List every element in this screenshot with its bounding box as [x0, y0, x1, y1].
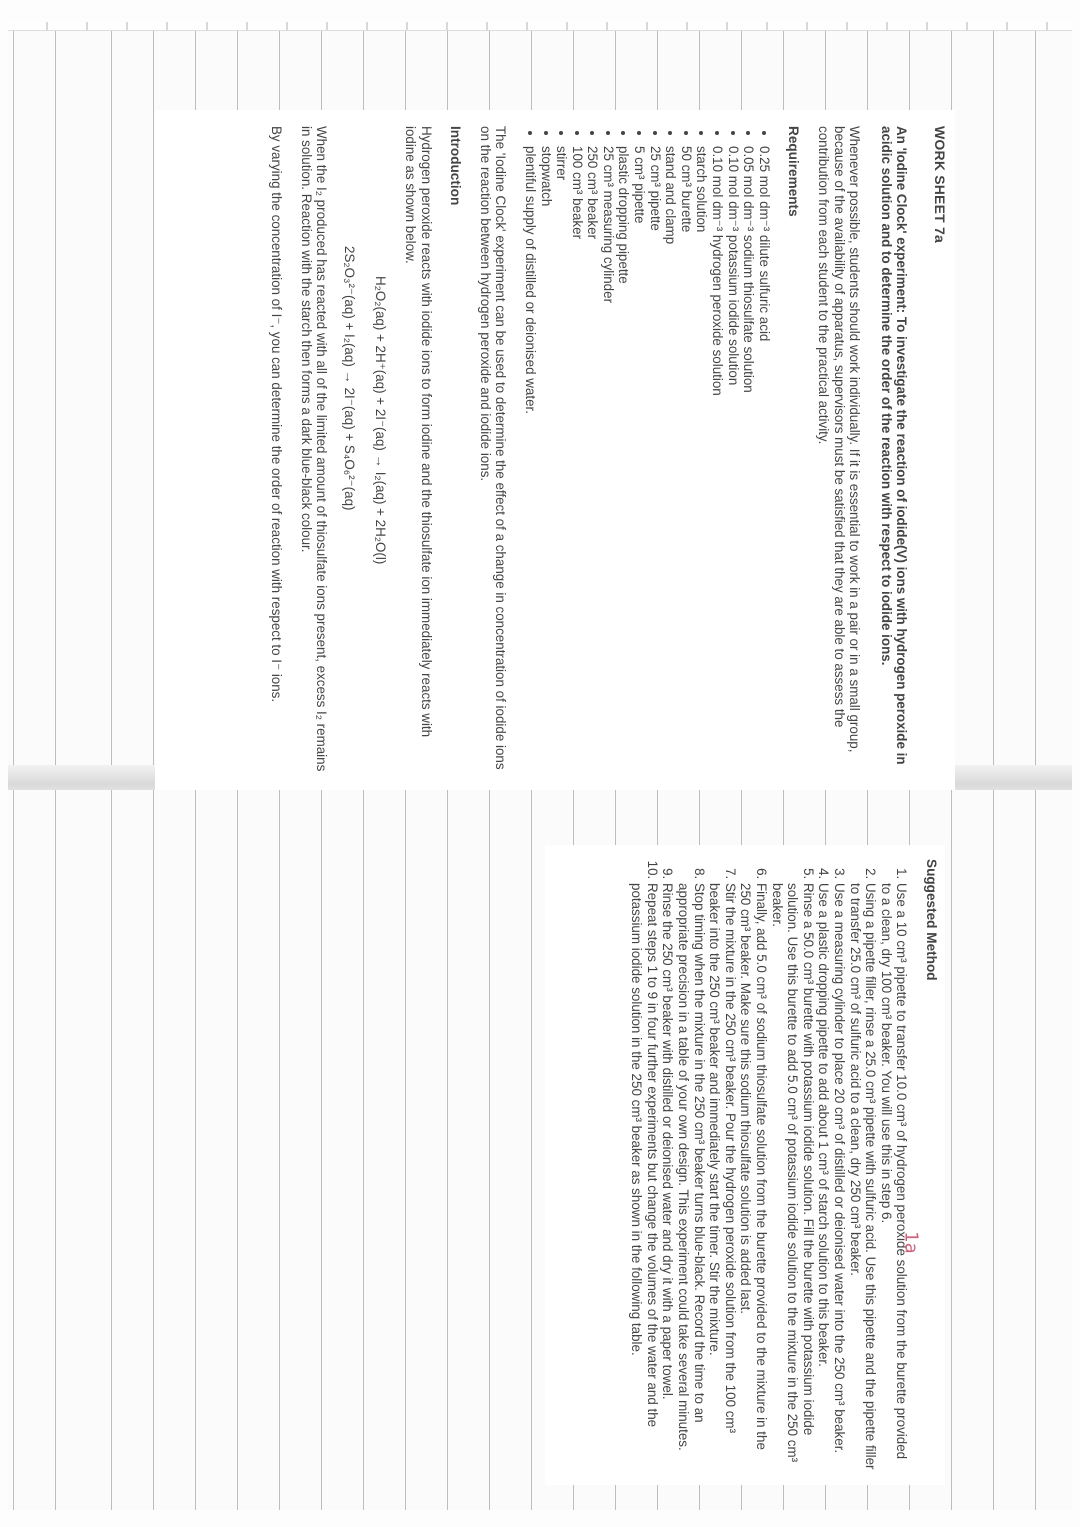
equations: H₂O₂(aq) + 2H⁺(aq) + 2I⁻(aq) → I₂(aq) + …	[341, 126, 388, 774]
list-item: stand and clamp	[663, 146, 679, 774]
list-item: 0.05 mol dm⁻³ sodium thiosulfate solutio…	[741, 146, 757, 774]
list-item: starch solution	[694, 146, 710, 774]
method-step: Stop timing when the mixture in the 250 …	[676, 883, 707, 1471]
equation-thiosulfate-iodine: 2S₂O₃²⁻(aq) + I₂(aq) → 2I⁻(aq) + S₄O₆²⁻(…	[341, 126, 357, 774]
method-step: Stir the mixture in the 250 cm³ beaker. …	[707, 883, 738, 1471]
introduction-heading: Introduction	[448, 126, 464, 774]
list-item: 250 cm³ beaker	[585, 146, 601, 774]
list-item: 25 cm³ measuring cylinder	[600, 146, 616, 774]
method-step: Finally, add 5.0 cm³ of sodium thiosulfa…	[738, 883, 769, 1471]
method-step: Use a measuring cylinder to place 20 cm³…	[831, 883, 847, 1471]
worksheet-aim: An 'Iodine Clock' experiment: To investi…	[878, 126, 909, 774]
method-step: Rinse a 50.0 cm³ burette with potassium …	[769, 883, 816, 1471]
list-item: stirrer	[554, 146, 570, 774]
list-item: 0.25 mol dm⁻³ dilute sulfuric acid	[756, 146, 772, 774]
list-item: 100 cm³ beaker	[569, 146, 585, 774]
intro-paragraph: The 'Iodine Clock' experiment can be use…	[477, 126, 508, 774]
list-item: 0.10 mol dm⁻³ hydrogen peroxide solution	[709, 146, 725, 774]
list-item: 5 cm³ pipette	[632, 146, 648, 774]
method-step: Rinse the 250 cm³ beaker with distilled …	[660, 883, 676, 1471]
requirements-list: 0.25 mol dm⁻³ dilute sulfuric acid 0.05 …	[522, 126, 772, 774]
method-step: Use a plastic dropping pipette to add ab…	[816, 883, 832, 1471]
method-page: Suggested Method Use a 10 cm³ pipette to…	[545, 845, 945, 1485]
list-item: 25 cm³ pipette	[647, 146, 663, 774]
handwritten-annotation: 1a	[901, 1231, 922, 1253]
list-item: 50 cm³ burette	[678, 146, 694, 774]
worksheet-title: WORK SHEET 7a	[931, 126, 947, 774]
list-item: plentiful supply of distilled or deionis…	[522, 146, 538, 774]
list-item: 0.10 mol dm⁻³ potassium iodide solution	[725, 146, 741, 774]
method-step: Use a 10 cm³ pipette to transfer 10.0 cm…	[878, 883, 909, 1471]
method-step: Repeat steps 1 to 9 in four further expe…	[629, 883, 660, 1471]
list-item: stopwatch	[538, 146, 554, 774]
worksheet-page: WORK SHEET 7a An 'Iodine Clock' experime…	[155, 110, 955, 790]
conclusion-text: By varying the concentration of I⁻, you …	[268, 126, 284, 774]
requirements-heading: Requirements	[786, 126, 802, 774]
method-steps: Use a 10 cm³ pipette to transfer 10.0 cm…	[629, 859, 910, 1471]
worksheet-notice: Whenever possible, students should work …	[815, 126, 862, 774]
list-item: plastic dropping pipette	[616, 146, 632, 774]
equation-peroxide-iodide: H₂O₂(aq) + 2H⁺(aq) + 2I⁻(aq) → I₂(aq) + …	[373, 126, 389, 774]
introduction-text: Hydrogen peroxide reacts with iodide ion…	[402, 126, 433, 774]
explanation-text: When the I₂ produced has reacted with al…	[298, 126, 329, 774]
method-heading: Suggested Method	[923, 859, 939, 1471]
method-step: Using a pipette filler, rinse a 25.0 cm³…	[847, 883, 878, 1471]
